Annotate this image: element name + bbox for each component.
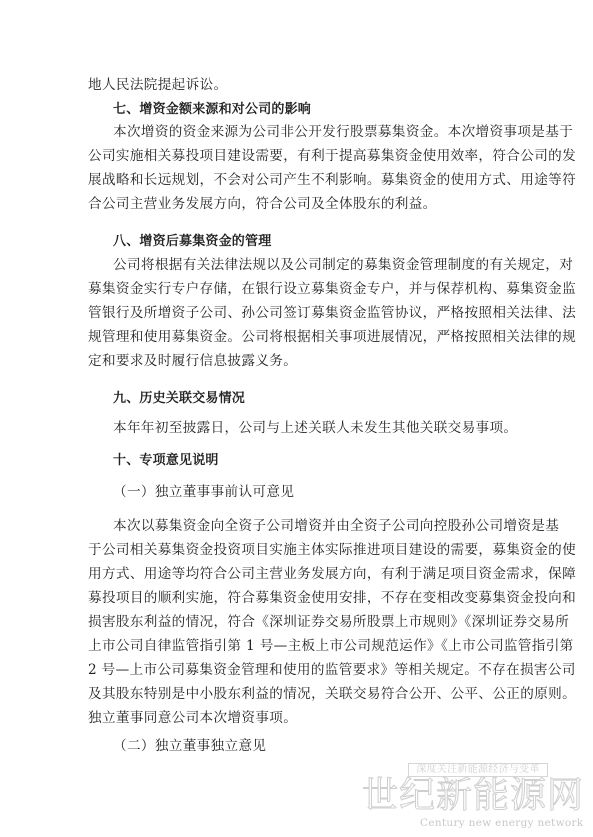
paragraph-line: 规管理和使用募集资金。公司将根据相关事项进展情况，严格按照相关法律的规 xyxy=(88,329,504,346)
paragraph-line: 用方式、用途等均符合公司主营业务发展方向，有利于满足项目资金需求，保障 xyxy=(88,566,504,583)
paragraph-line: 上市公司自律监管指引第 1 号—主板上市公司规范运作》《上市公司监管指引第 xyxy=(88,638,504,655)
paragraph-line: 2 号—上市公司募集资金管理和使用的监管要求》等相关规定。不存在损害公司 xyxy=(88,662,504,679)
paragraph-line: 本次以募集资金向全资子公司增资并由全资子公司向控股孙公司增资是基 xyxy=(113,518,504,535)
paragraph-line: 募投项目的顺利实施，符合募集资金使用安排，不存在变相改变募集资金投向和 xyxy=(88,590,504,607)
watermark-logo-text: 世纪新能源网 xyxy=(362,776,593,816)
paragraph-line: 本年年初至披露日，公司与上述关联人未发生其他关联交易事项。 xyxy=(113,420,504,437)
paragraph-line: （一）独立董事事前认可意见 xyxy=(113,484,504,501)
paragraph-line: （二）独立董事独立意见 xyxy=(113,738,504,755)
section-heading: 十、专项意见说明 xyxy=(113,452,504,469)
paragraph-line: 损害股东利益的情况，符合《深圳证券交易所股票上市规则》《深圳证券交易所 xyxy=(88,614,504,631)
watermark-english: Century new energy network xyxy=(420,817,583,829)
paragraph-line: 展战略和长远规划，不会对公司产生不利影响。募集资金的使用方式、用途等符 xyxy=(88,172,504,189)
paragraph-line: 地人民法院提起诉讼。 xyxy=(88,77,504,94)
paragraph-line: 募集资金实行专户存储，在银行设立募集资金专户，并与保荐机构、募集资金监 xyxy=(88,281,504,298)
section-heading: 七、增资金额来源和对公司的影响 xyxy=(113,101,504,118)
paragraph-line: 公司实施相关募投项目建设需要，有利于提高募集资金使用效率，符合公司的发 xyxy=(88,148,504,165)
paragraph-line: 及其股东特别是中小股东利益的情况，关联交易符合公开、公平、公正的原则。 xyxy=(88,686,504,703)
paragraph-line: 定和要求及时履行信息披露义务。 xyxy=(88,353,504,370)
paragraph-line: 公司将根据有关法律法规以及公司制定的募集资金管理制度的有关规定，对 xyxy=(113,257,504,274)
section-heading: 八、增资后募集资金的管理 xyxy=(113,233,504,250)
document-page: 地人民法院提起诉讼。七、增资金额来源和对公司的影响本次增资的资金来源为公司非公开… xyxy=(0,0,593,837)
paragraph-line: 本次增资的资金来源为公司非公开发行股票募集资金。本次增资事项是基于 xyxy=(113,124,504,141)
paragraph-line: 合公司主营业务发展方向，符合公司及全体股东的利益。 xyxy=(88,196,504,213)
paragraph-line: 独立董事同意公司本次增资事项。 xyxy=(88,710,504,727)
section-heading: 九、历史关联交易情况 xyxy=(113,390,504,407)
paragraph-line: 管银行及所增资子公司、孙公司签订募集资金监管协议，严格按照相关法律、法 xyxy=(88,305,504,322)
paragraph-line: 于公司相关募集资金投资项目实施主体实际推进项目建设的需要，募集资金的使 xyxy=(88,542,504,559)
